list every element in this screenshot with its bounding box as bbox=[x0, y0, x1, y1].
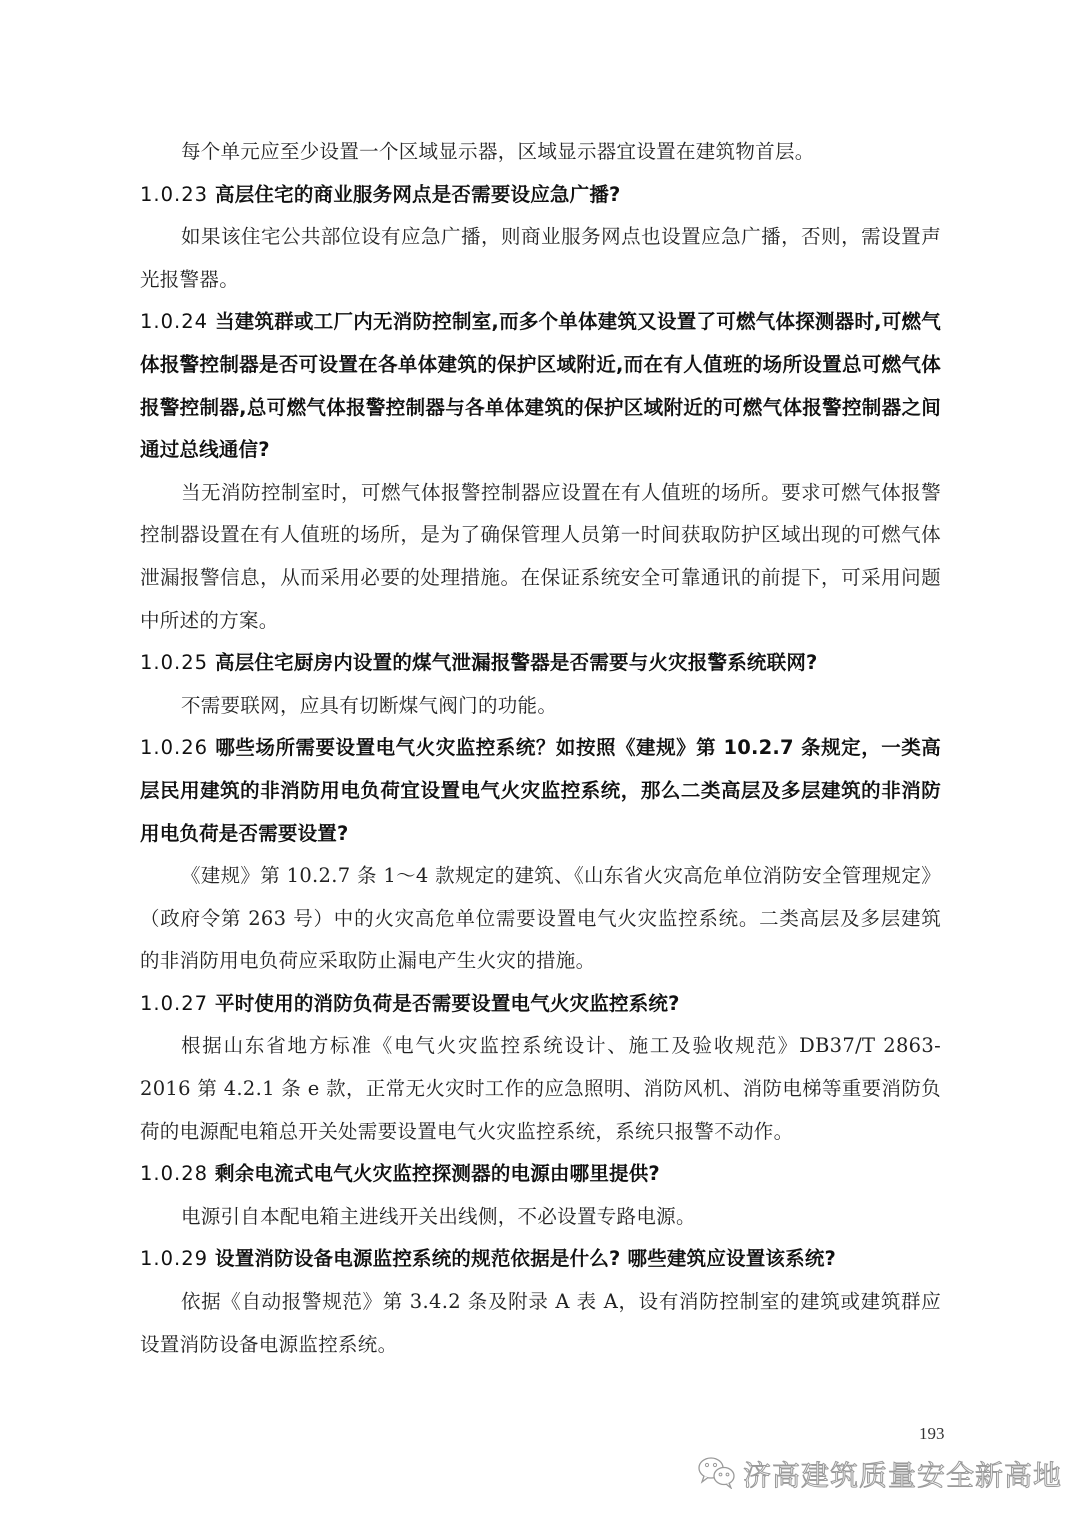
question-heading: 1.0.28 剩余电流式电气火灾监控探测器的电源由哪里提供? bbox=[140, 1153, 941, 1196]
wechat-icon bbox=[697, 1455, 737, 1494]
question-text: 哪些场所需要设置电气火灾监控系统？如按照《建规》第 10.2.7 条规定，一类高… bbox=[140, 736, 941, 844]
paragraph: 当无消防控制室时，可燃气体报警控制器应设置在有人值班的场所。要求可燃气体报警控制… bbox=[140, 472, 941, 642]
question-number: 1.0.24 bbox=[140, 310, 208, 333]
question-heading: 1.0.27 平时使用的消防负荷是否需要设置电气火灾监控系统? bbox=[140, 983, 941, 1026]
paragraph: 依据《自动报警规范》第 3.4.2 条及附录 A 表 A，设有消防控制室的建筑或… bbox=[140, 1281, 941, 1366]
question-text: 平时使用的消防负荷是否需要设置电气火灾监控系统? bbox=[215, 992, 680, 1015]
question-heading: 1.0.23 高层住宅的商业服务网点是否需要设应急广播? bbox=[140, 174, 941, 217]
question-heading: 1.0.25 高层住宅厨房内设置的煤气泄漏报警器是否需要与火灾报警系统联网? bbox=[140, 642, 941, 685]
document-page: 每个单元应至少设置一个区域显示器，区域显示器宜设置在建筑物首层。 1.0.23 … bbox=[140, 131, 941, 1366]
watermark: 济高建筑质量安全新高地 bbox=[697, 1454, 1062, 1494]
watermark-text: 济高建筑质量安全新高地 bbox=[743, 1454, 1062, 1494]
question-text: 高层住宅厨房内设置的煤气泄漏报警器是否需要与火灾报警系统联网? bbox=[215, 651, 818, 674]
question-number: 1.0.25 bbox=[140, 651, 208, 674]
page-number: 193 bbox=[919, 1424, 945, 1444]
question-number: 1.0.26 bbox=[140, 736, 208, 759]
paragraph: 不需要联网，应具有切断煤气阀门的功能。 bbox=[140, 685, 941, 728]
paragraph: 如果该住宅公共部位设有应急广播，则商业服务网点也设置应急广播，否则，需设置声光报… bbox=[140, 216, 941, 301]
question-text: 高层住宅的商业服务网点是否需要设应急广播? bbox=[215, 183, 621, 206]
question-text: 设置消防设备电源监控系统的规范依据是什么? 哪些建筑应设置该系统? bbox=[215, 1247, 836, 1270]
question-heading: 1.0.29 设置消防设备电源监控系统的规范依据是什么? 哪些建筑应设置该系统? bbox=[140, 1238, 941, 1281]
question-number: 1.0.28 bbox=[140, 1162, 208, 1185]
paragraph: 电源引自本配电箱主进线开关出线侧，不必设置专路电源。 bbox=[140, 1196, 941, 1239]
paragraph: 根据山东省地方标准《电气火灾监控系统设计、施工及验收规范》DB37/T 2863… bbox=[140, 1025, 941, 1153]
question-number: 1.0.29 bbox=[140, 1247, 208, 1270]
paragraph: 每个单元应至少设置一个区域显示器，区域显示器宜设置在建筑物首层。 bbox=[140, 131, 941, 174]
question-heading: 1.0.26 哪些场所需要设置电气火灾监控系统？如按照《建规》第 10.2.7 … bbox=[140, 727, 941, 855]
paragraph: 《建规》第 10.2.7 条 1～4 款规定的建筑、《山东省火灾高危单位消防安全… bbox=[140, 855, 941, 983]
question-number: 1.0.27 bbox=[140, 992, 208, 1015]
question-text: 剩余电流式电气火灾监控探测器的电源由哪里提供? bbox=[215, 1162, 660, 1185]
question-number: 1.0.23 bbox=[140, 183, 208, 206]
question-heading: 1.0.24 当建筑群或工厂内无消防控制室,而多个单体建筑又设置了可燃气体探测器… bbox=[140, 301, 941, 471]
question-text: 当建筑群或工厂内无消防控制室,而多个单体建筑又设置了可燃气体探测器时,可燃气体报… bbox=[140, 310, 941, 461]
